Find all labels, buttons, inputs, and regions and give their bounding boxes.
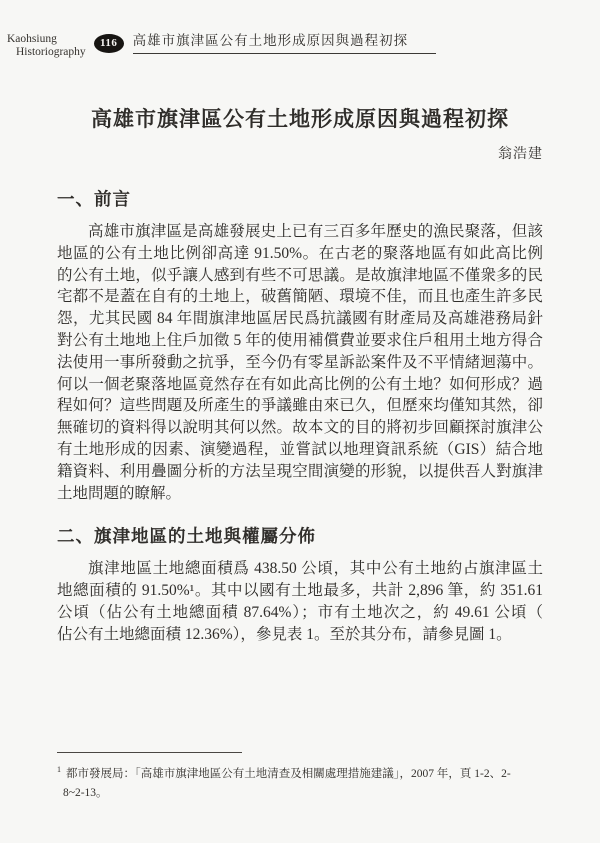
brand-line-2: Historiography (7, 46, 86, 59)
text-line: 籍資料、利用疊圖分析的方法呈現空間演變的形貌，以提供吾人對旗津 (57, 461, 543, 483)
text-line: 怨，尤其民國 84 年間旗津地區居民爲抗議國有財產局及高雄港務局針 (57, 308, 543, 330)
footnote: 1都市發展局：「高雄市旗津地區公有土地清查及相關處理措施建議」，2007 年，頁… (57, 752, 543, 804)
article-body: 高雄市旗津區公有土地形成原因與過程初探 翁浩建 一、前言 高雄市旗津區是高雄發展… (0, 105, 600, 646)
running-title: 高雄市旗津區公有土地形成原因與過程初探 (133, 32, 436, 54)
footnote-line-2: 8~2-13。 (57, 784, 543, 804)
text-line: 土地問題的瞭解。 (57, 483, 543, 505)
page-number-badge: 116 (94, 34, 124, 53)
section-heading-land-distribution: 二、旗津地區的土地與權屬分佈 (57, 525, 543, 547)
text-line: 法使用一事所發動之抗爭，至今仍有零星訴訟案件及不平情緒迴蕩中。 (57, 352, 543, 374)
text-line: 佔公有土地總面積 12.36%），參見表 1。至於其分布，請參見圖 1。 (57, 624, 543, 646)
scanned-document-page: Kaohsiung Historiography 116 高雄市旗津區公有土地形… (0, 0, 600, 646)
text-line: 旗津地區土地總面積爲 438.50 公頃，其中公有土地約占旗津區土 (57, 558, 543, 580)
text-line: 地區的公有土地比例卻高達 91.50%。在古老的聚落地區有如此高比例 (57, 243, 543, 265)
footnote-text: 1都市發展局：「高雄市旗津地區公有土地清查及相關處理措施建議」，2007 年，頁… (57, 760, 543, 804)
text-line: 程如何？這些問題及所產生的爭議雖由來已久，但歷來均僅知其然，卻 (57, 395, 543, 417)
text-line: 對公有土地地上住戶加徵 5 年的使用補償費並要求住戶租用土地方得合 (57, 330, 543, 352)
journal-brand: Kaohsiung Historiography (7, 33, 86, 59)
text-line: 高雄市旗津區是高雄發展史上已有三百多年歷史的漁民聚落，但該 (57, 221, 543, 243)
page-header: Kaohsiung Historiography 116 高雄市旗津區公有土地形… (7, 0, 600, 59)
paragraph-intro: 高雄市旗津區是高雄發展史上已有三百多年歷史的漁民聚落，但該地區的公有土地比例卻高… (57, 221, 543, 504)
section-heading-intro: 一、前言 (57, 188, 543, 210)
article-author: 翁浩建 (57, 146, 543, 163)
paragraph-land-distribution: 旗津地區土地總面積爲 438.50 公頃，其中公有土地約占旗津區土地總面積的 9… (57, 558, 543, 645)
text-line: 宅都不是蓋在自有的土地上，破舊簡陋、環境不佳，而且也產生許多民 (57, 286, 543, 308)
footnote-line-1: 都市發展局：「高雄市旗津地區公有土地清查及相關處理措施建議」，2007 年，頁 … (66, 768, 511, 780)
text-line: 公頃（佔公有土地總面積 87.64%）；市有土地次之，約 49.61 公頃（ (57, 602, 543, 624)
text-line: 有土地形成的因素、演變過程，並嘗試以地理資訊系統（GIS）結合地 (57, 439, 543, 461)
footnote-marker: 1 (57, 765, 61, 774)
footnote-divider (57, 752, 242, 753)
text-line: 地總面積的 91.50%¹。其中以國有土地最多，共計 2,896 筆，約 351… (57, 580, 543, 602)
brand-line-1: Kaohsiung (7, 33, 86, 46)
text-line: 何以一個老聚落地區竟然存在有如此高比例的公有土地？如何形成？過 (57, 374, 543, 396)
text-line: 的公有土地，似乎讓人感到有些不可思議。是故旗津地區不僅衆多的民 (57, 265, 543, 287)
text-line: 無確切的資料得以說明其何以然。故本文的目的將初步回顧探討旗津公 (57, 417, 543, 439)
article-title: 高雄市旗津區公有土地形成原因與過程初探 (57, 105, 543, 133)
